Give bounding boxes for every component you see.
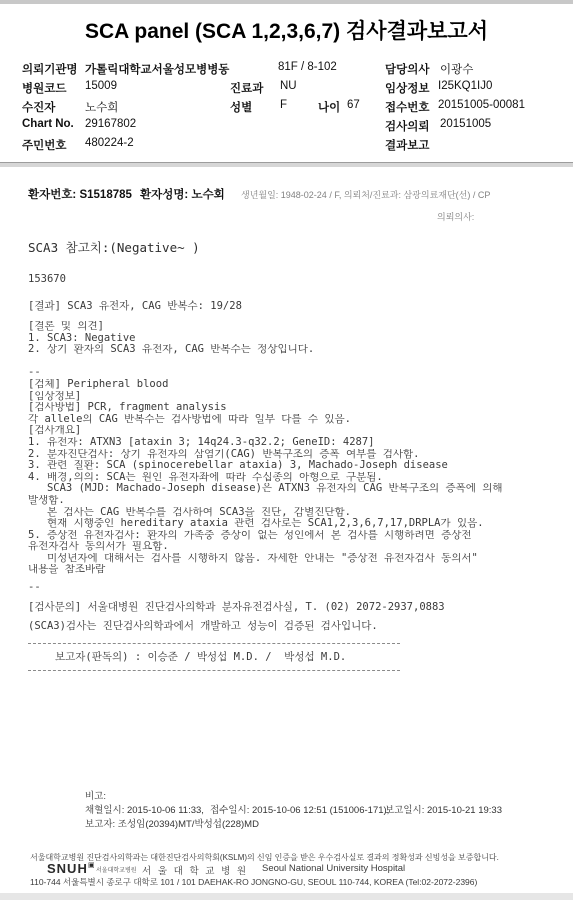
text-line: (SCA3)검사는 진단검사의학과에서 개발하고 성능이 검증된 검사입니다. xyxy=(28,617,568,637)
remarks-label: 비고: xyxy=(85,788,106,802)
result-line: [결과] SCA3 유전자, CAG 반복수: 19/28 xyxy=(28,298,568,313)
report-page: SCA panel (SCA 1,2,3,6,7) 검사결과보고서 의뢰기관명 … xyxy=(0,0,573,900)
specimen-number: 153670 xyxy=(28,273,568,285)
text-line: -- xyxy=(28,367,568,379)
hospital-code-label: 병원코드 xyxy=(22,80,66,96)
dept-label: 진료과 xyxy=(230,80,263,96)
org-ward-value: 81F / 8-102 xyxy=(278,61,337,73)
address-line: 110-744 서울특별시 종로구 대학로 101 / 101 DAEHAK-R… xyxy=(30,876,477,888)
snuh-emblem-icon: ▣ xyxy=(88,861,95,869)
resident-no-label: 주민번호 xyxy=(22,137,66,153)
text-line: 각 allele의 CAG 반복수는 검사방법에 따라 일부 다를 수 있음. xyxy=(28,414,568,426)
result-body: SCA3 참고치:(Negative~ ) 153670 [결과] SCA3 유… xyxy=(28,238,568,671)
dashed-divider xyxy=(28,643,400,644)
text-line: 2. 분자진단검사: 상기 유전자의 삼염기(CAG) 반복구조의 증폭 여부를… xyxy=(28,449,568,461)
text-line: 미성년자에 대해서는 검사를 시행하지 않음. 자세한 안내는 "증상전 유전자… xyxy=(28,553,568,565)
resident-no-value: 480224-2 xyxy=(85,137,134,149)
result-report-label: 결과보고 xyxy=(385,137,429,153)
org-value: 가톨릭대학교서울성모병병동 xyxy=(85,61,229,77)
text-line: [검사문의] 서울대병원 진단검사의학과 분자유전검사실, T. (02) 20… xyxy=(28,598,568,618)
text-line: 유전자검사 동의서가 필요함. xyxy=(28,541,568,553)
receipt-no-value: 20151005-00081 xyxy=(438,99,525,111)
snuh-logo: SNUH xyxy=(47,861,88,876)
text-line: 4. 배경,의의: SCA는 원인 유전자좌에 따라 수십종의 아형으로 구분됨… xyxy=(28,472,568,484)
reference-line: SCA3 참고치:(Negative~ ) xyxy=(28,238,568,256)
top-divider xyxy=(0,0,573,4)
reporter-names: 보고자: 조성임(20394)MT/박성섭(228)MD xyxy=(85,816,259,830)
text-line xyxy=(28,356,568,368)
hospital-code-value: 15009 xyxy=(85,80,117,92)
clinical-info-label: 임상정보 xyxy=(385,80,429,96)
dashed-divider xyxy=(28,670,400,671)
patient-value: 노수희 xyxy=(85,99,118,115)
report-datetime: 보고일시: 2015-10-21 19:33 xyxy=(385,802,502,816)
doctor-label: 담당의사 xyxy=(385,61,429,77)
receipt-datetime: 접수일시: 2015-10-06 12:51 (151006-171), xyxy=(210,802,389,816)
patient-number: 환자번호: S1518785 xyxy=(28,186,132,202)
certification-text: 서울대학교병원 진단검사의학과는 대한진단검사의학회(KSLM)의 신임 인증을… xyxy=(30,852,499,863)
inquiry-text: --[검사문의] 서울대병원 진단검사의학과 분자유전검사실, T. (02) … xyxy=(28,578,568,637)
text-line: 3. 관련 질환: SCA (spinocerebellar ataxia) 3… xyxy=(28,460,568,472)
request-doctor: 의뢰의사: xyxy=(437,210,474,223)
age-value: 67 xyxy=(347,99,360,111)
text-line: [임상정보] xyxy=(28,391,568,403)
clinical-info-value: I25KQ1IJ0 xyxy=(438,80,492,92)
text-line: 내용을 참조바람 xyxy=(28,564,568,576)
patient-label: 수진자 xyxy=(22,99,55,115)
page-title: SCA panel (SCA 1,2,3,6,7) 검사결과보고서 xyxy=(0,15,573,45)
doctor-value: 이광수 xyxy=(440,61,473,77)
logo-small-text: 서울대학교병원 xyxy=(96,865,137,874)
text-line: 1. 유전자: ATXN3 [ataxin 3; 14q24.3-q32.2; … xyxy=(28,437,568,449)
reporter-line: 보고자(판독의) : 이승준 / 박성섭 M.D. / 박성섭 M.D. xyxy=(28,649,568,664)
text-line: 5. 증상전 유전자검사: 환자의 가족중 증상이 없는 성인에서 본 검사를 … xyxy=(28,530,568,542)
test-request-value: 20151005 xyxy=(440,118,491,130)
text-line: 본 검사는 CAG 반복수를 검사하여 SCA3을 진단, 감별진단함. xyxy=(28,507,568,519)
patient-name: 환자성명: 노수회 xyxy=(140,186,225,202)
test-request-label: 검사의뢰 xyxy=(385,118,429,134)
text-line: 2. 상기 환자의 SCA3 유전자, CAG 반복수는 정상입니다. xyxy=(28,344,568,356)
text-line: SCA3 (MJD: Machado-Joseph disease)은 ATXN… xyxy=(28,483,568,495)
sex-label: 성별 xyxy=(230,99,252,115)
hospital-name-en: Seoul National University Hospital xyxy=(262,863,405,874)
body-text: [결론 및 의견]1. SCA3: Negative2. 상기 환자의 SCA3… xyxy=(28,321,568,576)
chart-no-label: Chart No. xyxy=(22,118,74,130)
section-divider xyxy=(0,162,573,167)
text-line: 현재 시행중인 hereditary ataxia 관련 검사로는 SCA1,2… xyxy=(28,518,568,530)
text-line: [검체] Peripheral blood xyxy=(28,379,568,391)
age-label: 나이 xyxy=(318,99,340,115)
chart-no-value: 29167802 xyxy=(85,118,136,130)
birth-info: 생년월일: 1948-02-24 / F, 의뢰처/진료과: 삼광의료재단(선)… xyxy=(241,188,490,201)
text-line: 발생함. xyxy=(28,495,568,507)
text-line: [결론 및 의견] xyxy=(28,321,568,333)
receipt-no-label: 접수번호 xyxy=(385,99,429,115)
text-line: -- xyxy=(28,578,568,598)
text-line: [검사방법] PCR, fragment analysis xyxy=(28,402,568,414)
collection-datetime: 채혈일시: 2015-10-06 11:33, xyxy=(85,802,204,816)
bottom-strip xyxy=(0,893,573,900)
hospital-name-kr: 서 울 대 학 교 병 원 xyxy=(142,863,248,877)
org-label: 의뢰기관명 xyxy=(22,61,78,77)
dept-value: NU xyxy=(280,80,297,92)
sex-value: F xyxy=(280,99,287,111)
text-line: [검사개요] xyxy=(28,425,568,437)
text-line: 1. SCA3: Negative xyxy=(28,333,568,345)
